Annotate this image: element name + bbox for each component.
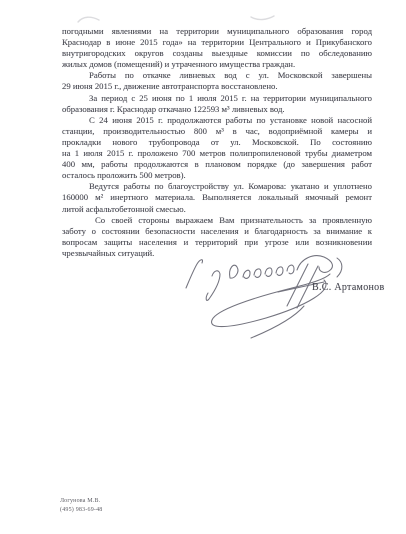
text-line: на 1 июля 2015 г. проложено 700 метров п… bbox=[62, 148, 372, 159]
executor-name: Логунова М.В. bbox=[60, 497, 103, 506]
scan-artifact-mark bbox=[250, 12, 276, 24]
text-line: Краснодар в июне 2015 года» на территори… bbox=[62, 37, 372, 48]
text-line: внутригородских округов созданы выездные… bbox=[62, 48, 372, 59]
text-line: вопросам защиты населения и территорий п… bbox=[62, 237, 372, 248]
executor-block: Логунова М.В. (495) 983-69-48 bbox=[60, 497, 103, 515]
paragraph: За период с 25 июня по 1 июля 2015 г. на… bbox=[62, 93, 372, 115]
text-line: погодными явлениями на территории муници… bbox=[62, 26, 372, 37]
signature-handwriting-icon bbox=[156, 250, 396, 340]
paragraph: Ведутся работы по благоустройству ул. Ко… bbox=[62, 181, 372, 214]
paragraph: С 24 июня 2015 г. продолжаются работы по… bbox=[62, 115, 372, 182]
text-line: прокладки нового трубопровода от ул. Мос… bbox=[62, 137, 372, 148]
signer-name: В.С. Артамонов bbox=[312, 282, 384, 293]
text-line: образования г. Краснодар откачано 122593… bbox=[62, 104, 372, 115]
scan-artifact-mark bbox=[76, 13, 102, 25]
text-line: Ведутся работы по благоустройству ул. Ко… bbox=[62, 181, 372, 192]
text-line: 29 июня 2015 г., движение автотранспорта… bbox=[62, 81, 372, 92]
text-line: Работы по откачке ливневых вод с ул. Мос… bbox=[62, 70, 372, 81]
text-line: осталось проложить 500 метров). bbox=[62, 170, 372, 181]
paragraph: Работы по откачке ливневых вод с ул. Мос… bbox=[62, 70, 372, 92]
executor-phone: (495) 983-69-48 bbox=[60, 506, 103, 515]
text-line: жилых домов (помещений) и утраченного им… bbox=[62, 59, 372, 70]
text-line: 400 мм, работы продолжаются в плановом п… bbox=[62, 159, 372, 170]
paragraph: погодными явлениями на территории муници… bbox=[62, 26, 372, 70]
text-line: заботу о состоянии безопасности населени… bbox=[62, 226, 372, 237]
text-line: 160000 м² инертного материала. Выполняет… bbox=[62, 192, 372, 203]
text-line: Со своей стороны выражаем Вам признатель… bbox=[62, 215, 372, 226]
letter-body: погодными явлениями на территории муници… bbox=[62, 26, 372, 259]
text-line: За период с 25 июня по 1 июля 2015 г. на… bbox=[62, 93, 372, 104]
text-line: станции, производительностью 800 м³ в ча… bbox=[62, 126, 372, 137]
text-line: С 24 июня 2015 г. продолжаются работы по… bbox=[62, 115, 372, 126]
text-line: литой асфальтобетонной смесью. bbox=[62, 204, 372, 215]
scanned-letter-page: погодными явлениями на территории муници… bbox=[0, 0, 406, 534]
